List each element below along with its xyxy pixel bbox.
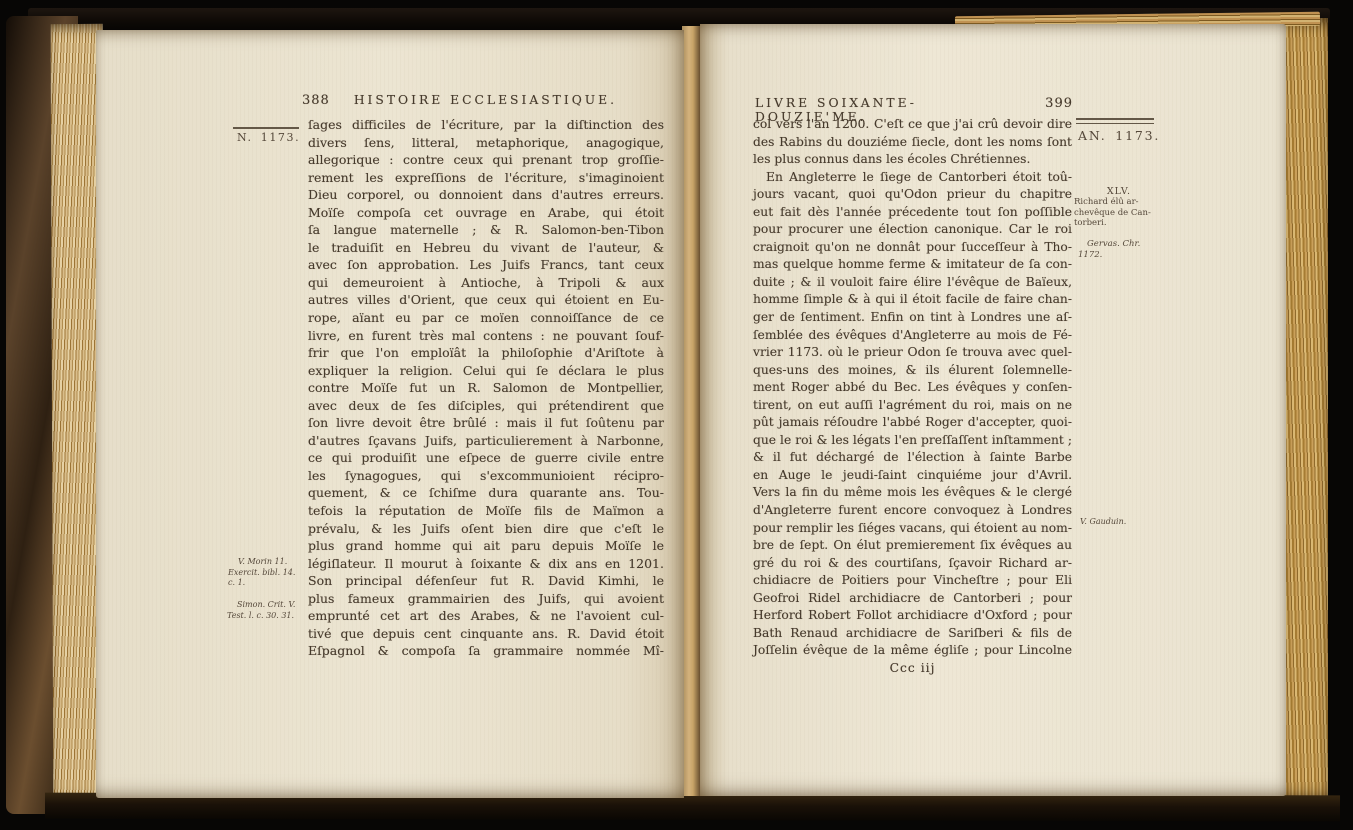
left-page-number: 388 [302, 93, 330, 108]
left-margin-ref-morin: V. Morin 11. Exercit. bibl. 14. c. 1. [228, 557, 304, 589]
text-line: Dieu corporel, ou donnoient dans d'autre… [308, 186, 664, 204]
left-margin-ref-simon: Simon. Crit. V. Test. l. c. 30. 31. [227, 600, 305, 621]
left-page-header: 388 HISTOIRE ECCLESIASTIQUE. [302, 93, 617, 108]
text-line: Ccc iij [753, 660, 1072, 678]
text-line: Herford Robert Follot archidiacre d'Oxfo… [753, 607, 1072, 625]
text-line: d'autres ſçavans Juifs, particulierement… [308, 432, 664, 450]
text-line: des Rabins du douziéme ſiecle, dont les … [753, 134, 1072, 152]
text-line: que le roi & les légats l'en preſſaſſent… [753, 432, 1072, 450]
left-margin-rule [233, 127, 299, 129]
text-line: avec ſon approbation. Les Juifs Francs, … [308, 256, 664, 274]
text-line: ſemblée des évêques d'Angleterre au mois… [753, 327, 1072, 345]
text-line: Eſpagnol & compoſa ſa grammaire nommée M… [308, 642, 664, 660]
right-margin-section-note: Richard élû ar- chevêque de Can- torberi… [1074, 197, 1164, 229]
text-line: les ſynagogues, qui s'excommunioient réc… [308, 467, 664, 485]
text-line: ques-uns des moines, & ils élurent ſolem… [753, 362, 1072, 380]
text-line: ſages difficiles de l'écriture, par la d… [308, 116, 664, 134]
text-line: avec deux de ſes diſciples, qui prétendi… [308, 397, 664, 415]
text-line: ce qui produiſit une eſpece de guerre ci… [308, 449, 664, 467]
text-line: plus fameux grammairien des Juifs, qui a… [308, 590, 664, 608]
book-photo: 388 HISTOIRE ECCLESIASTIQUE. ſages diffi… [0, 0, 1353, 830]
text-line: & il fut déchargé de l'élection à ſainte… [753, 449, 1072, 467]
text-line: En Angleterre le ſiege de Cantorberi éto… [753, 169, 1072, 187]
right-margin-ref-gervas: Gervas. Chr. 1172. [1078, 239, 1160, 260]
right-page: LIVRE SOIXANTE-DOUZIE'ME. 399 col vers l… [700, 24, 1286, 796]
text-line: Joſſelin évêque de la même égliſe ; pour… [753, 642, 1072, 660]
text-line: craignoit qu'on ne donnât pour ſucceſſeu… [753, 239, 1072, 257]
text-line: pour remplir les ſiéges vacans, qui étoi… [753, 520, 1072, 538]
text-line: eut fait dès l'année précedente tout ſon… [753, 204, 1072, 222]
text-line: col vers l'an 1200. C'eſt ce que j'ai cr… [753, 116, 1072, 134]
text-line: légiſlateur. Il mourut à ſoixante & dix … [308, 555, 664, 573]
left-margin-year-note: N. 1173. [237, 131, 300, 144]
text-line: d'Angleterre furent encore convoquez à L… [753, 502, 1072, 520]
right-page-number: 399 [1045, 96, 1073, 111]
text-line: expliquer la religion. Celui qui ſe décl… [308, 362, 664, 380]
right-margin-year-note: AN. 1173. [1078, 128, 1160, 143]
text-line: ſa langue maternelle ; & R. Salomon-ben-… [308, 221, 664, 239]
text-line: tefois la réputation de Moïſe fils de Ma… [308, 502, 664, 520]
right-margin-ref-gauduin: V. Gauduin. [1080, 517, 1126, 526]
text-line: Vers la fin du même mois les évêques & l… [753, 484, 1072, 502]
text-line: emprunté cet art des Arabes, & ne l'avoi… [308, 607, 664, 625]
text-line: pour procurer une élection canonique. Ca… [753, 221, 1072, 239]
text-line: autres villes d'Orient, que ceux qui éto… [308, 291, 664, 309]
right-margin-section-number: XLV. [1076, 186, 1162, 197]
text-line: livre, en furent très mal contens : ne p… [308, 327, 664, 345]
left-body-text: ſages difficiles de l'écriture, par la d… [308, 116, 664, 660]
text-line: tirent, on eut auſſi l'agrément du roi, … [753, 397, 1072, 415]
text-line: prévalu, & les Juifs oſent bien dire que… [308, 520, 664, 538]
text-line: Bath Renaud archidiacre de Sariſberi & f… [753, 625, 1072, 643]
text-line: quement, & ce ſchiſme dura quarante ans.… [308, 484, 664, 502]
page-edges-right [1282, 18, 1328, 804]
text-line: jours vacant, quoi qu'Odon prieur du cha… [753, 186, 1072, 204]
text-line: bre de ſept. On élut premierement ſix év… [753, 537, 1072, 555]
text-line: divers ſens, litteral, metaphorique, ana… [308, 134, 664, 152]
right-body-text: col vers l'an 1200. C'eſt ce que j'ai cr… [753, 116, 1072, 678]
left-page: 388 HISTOIRE ECCLESIASTIQUE. ſages diffi… [96, 30, 684, 798]
text-line: Moïſe compoſa cet ouvrage en Arabe, qui … [308, 204, 664, 222]
text-line: ger de ſentiment. Enfin on tint à Londre… [753, 309, 1072, 327]
text-line: Son principal défenſeur fut R. David Kim… [308, 572, 664, 590]
text-line: mas quelque homme ferme & imitateur de ſ… [753, 256, 1072, 274]
book-gutter [682, 26, 702, 796]
text-line: Geofroi Ridel archidiacre de Cantorberi … [753, 590, 1072, 608]
text-line: gré du roi & des courtiſans, ſçavoir Ric… [753, 555, 1072, 573]
text-line: chidiacre de Poitiers pour Vincheſtre ; … [753, 572, 1072, 590]
text-line: en Auge le jeudi-ſaint cinquiéme jour d'… [753, 467, 1072, 485]
text-line: ment Roger abbé du Bec. Les évêques y co… [753, 379, 1072, 397]
text-line: pût jamais réſoudre l'abbé Roger d'accep… [753, 414, 1072, 432]
right-margin-rule [1076, 118, 1154, 124]
text-line: tivé que depuis cent cinquante ans. R. D… [308, 625, 664, 643]
text-line: ſon livre devoit être brûlé : mais il fu… [308, 414, 664, 432]
text-line: rope, aïant eu par ce moïen connoiſſance… [308, 309, 664, 327]
text-line: frir que l'on emploïât la philoſophie d'… [308, 344, 664, 362]
text-line: duite ; & il vouloit faire élire l'évêqu… [753, 274, 1072, 292]
text-line: le traduiſit en Hebreu du vivant de l'au… [308, 239, 664, 257]
text-line: allegorique : contre ceux qui prenant tr… [308, 151, 664, 169]
text-line: les plus connus dans les écoles Chrétien… [753, 151, 1072, 169]
text-line: homme ſimple & à qui il étoit facile de … [753, 291, 1072, 309]
text-line: vrier 1173. où le prieur Odon ſe trouva … [753, 344, 1072, 362]
left-running-title: HISTOIRE ECCLESIASTIQUE. [354, 93, 617, 107]
text-line: plus grand homme qui ait paru depuis Moï… [308, 537, 664, 555]
text-line: qui demeuroient à Antioche, à Tripoli & … [308, 274, 664, 292]
text-line: contre Moïſe fut un R. Salomon de Montpe… [308, 379, 664, 397]
text-line: rement les expreſſions de l'écriture, s'… [308, 169, 664, 187]
